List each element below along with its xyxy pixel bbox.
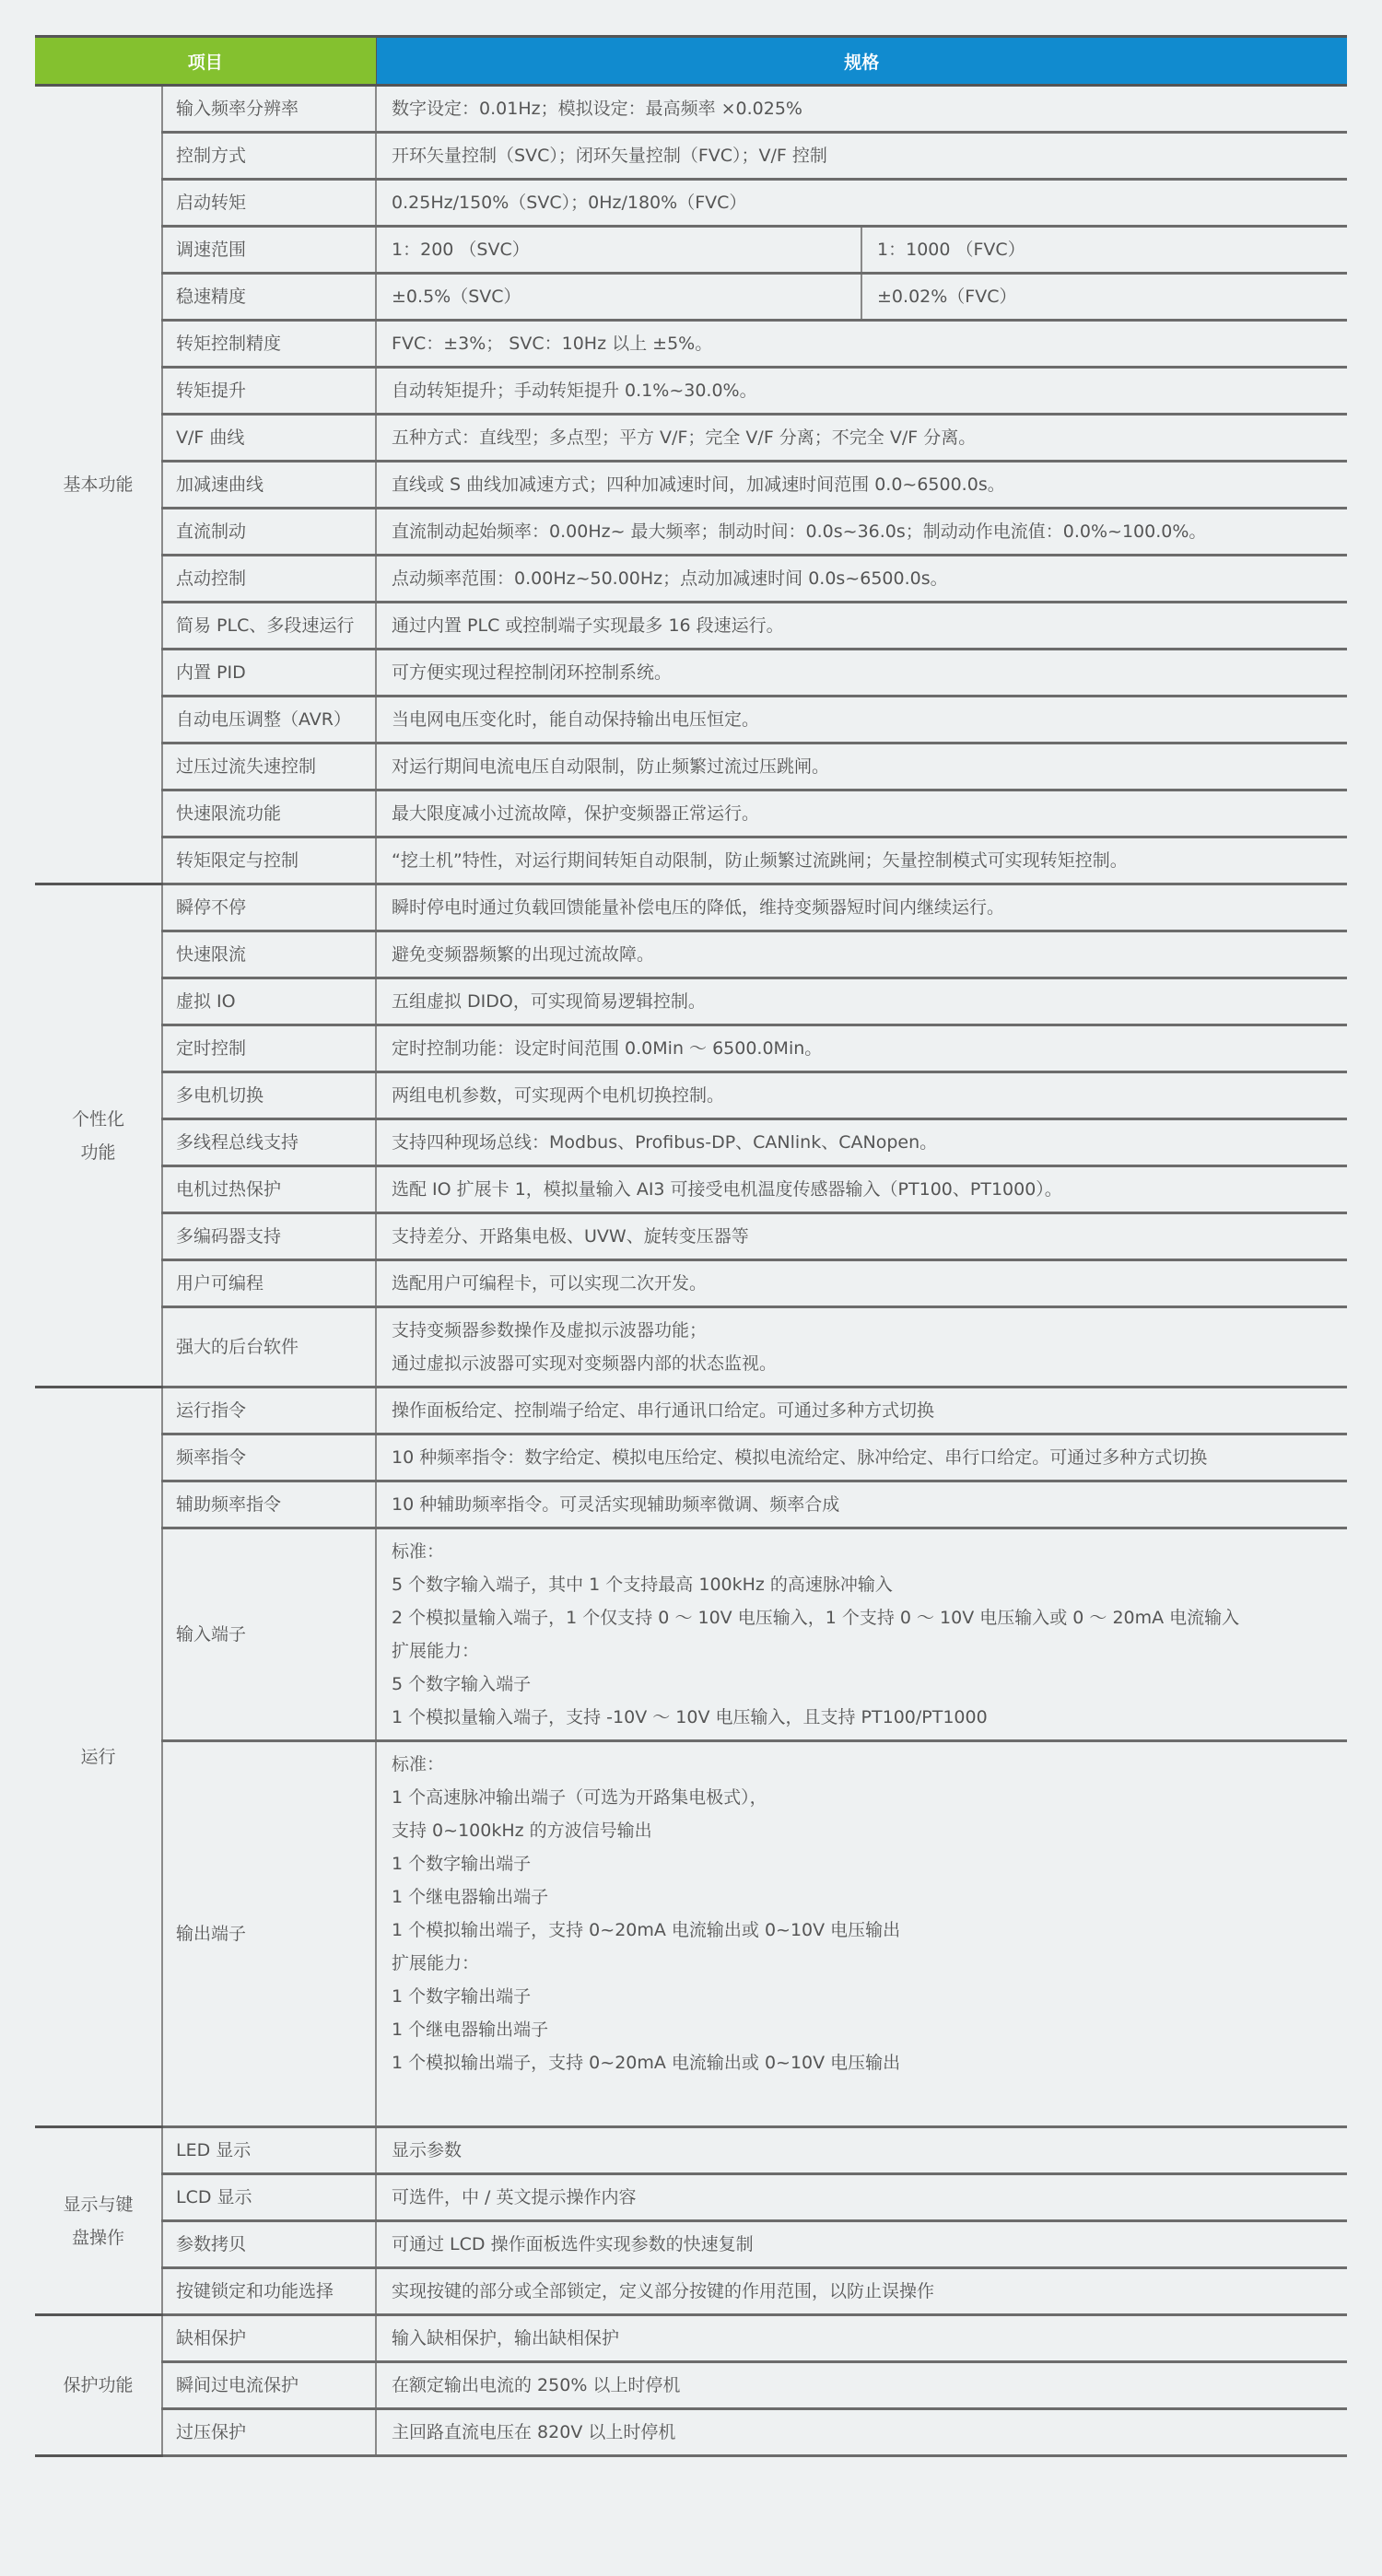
spec-value: 数字设定：0.01Hz；模拟设定：最高频率 ×0.025% — [376, 86, 1347, 133]
item-label: 转矩控制精度 — [162, 321, 376, 368]
item-label: 直流制动 — [162, 509, 376, 556]
spec-value: 当电网电压变化时，能自动保持输出电压恒定。 — [376, 697, 1347, 744]
spec-value: 显示参数 — [376, 2127, 1347, 2174]
item-label: 用户可编程 — [162, 1260, 376, 1307]
spec-line: 支持 0~100kHz 的方波信号输出 — [392, 1814, 1334, 1847]
spec-line: 扩展能力： — [392, 1947, 1334, 1980]
item-label: 内置 PID — [162, 650, 376, 697]
table-row: 基本功能 输入频率分辨率 数字设定：0.01Hz；模拟设定：最高频率 ×0.02… — [35, 86, 1347, 133]
table-row: 加减速曲线 直线或 S 曲线加减速方式；四种加减速时间，加减速时间范围 0.0~… — [35, 462, 1347, 509]
category-line: 功能 — [44, 1136, 152, 1169]
item-label: 辅助频率指令 — [162, 1481, 376, 1528]
spec-value: 操作面板给定、控制端子给定、串行通讯口给定。可通过多种方式切换 — [376, 1388, 1347, 1434]
spec-line: 1 个数字输出端子 — [392, 1847, 1334, 1880]
item-label: 过压过流失速控制 — [162, 744, 376, 790]
table-row: 转矩控制精度 FVC：±3%； SVC：10Hz 以上 ±5%。 — [35, 321, 1347, 368]
spec-value: 对运行期间电流电压自动限制，防止频繁过流过压跳闸。 — [376, 744, 1347, 790]
spec-table: 项目 规格 基本功能 输入频率分辨率 数字设定：0.01Hz；模拟设定：最高频率… — [35, 35, 1347, 2457]
item-label: 转矩提升 — [162, 368, 376, 415]
item-label: 定时控制 — [162, 1025, 376, 1072]
spec-value: 主回路直流电压在 820V 以上时停机 — [376, 2409, 1347, 2456]
spec-value-fvc: 1：1000 （FVC） — [861, 227, 1347, 274]
table-row: LCD 显示 可选件，中 / 英文提示操作内容 — [35, 2174, 1347, 2221]
item-label: 输入端子 — [162, 1528, 376, 1741]
spec-line: 标准： — [392, 1535, 1334, 1568]
spec-line: 5 个数字输入端子 — [392, 1668, 1334, 1701]
table-row: 转矩提升 自动转矩提升；手动转矩提升 0.1%~30.0%。 — [35, 368, 1347, 415]
table-row: 辅助频率指令 10 种辅助频率指令。可灵活实现辅助频率微调、频率合成 — [35, 1481, 1347, 1528]
table-row: 强大的后台软件 支持变频器参数操作及虚拟示波器功能； 通过虚拟示波器可实现对变频… — [35, 1307, 1347, 1388]
table-row: 稳速精度 ±0.5%（SVC） ±0.02%（FVC） — [35, 274, 1347, 321]
category-personalized: 个性化 功能 — [35, 884, 162, 1388]
table-row: 转矩限定与控制 “挖土机”特性，对运行期间转矩自动限制，防止频繁过流跳闸；矢量控… — [35, 837, 1347, 884]
spec-value: 直流制动起始频率：0.00Hz~ 最大频率；制动时间：0.0s~36.0s；制动… — [376, 509, 1347, 556]
spec-value: 0.25Hz/150%（SVC）；0Hz/180%（FVC） — [376, 180, 1347, 227]
item-label: 启动转矩 — [162, 180, 376, 227]
table-row: 输出端子 标准： 1 个高速脉冲输出端子（可选为开路集电极式）， 支持 0~10… — [35, 1741, 1347, 2127]
table-row: 显示与键 盘操作 LED 显示 显示参数 — [35, 2127, 1347, 2174]
table-row: 多编码器支持 支持差分、开路集电极、UVW、旋转变压器等 — [35, 1213, 1347, 1260]
spec-value: 开环矢量控制（SVC）；闭环矢量控制（FVC）；V/F 控制 — [376, 133, 1347, 180]
item-label: 瞬停不停 — [162, 884, 376, 931]
item-label: 调速范围 — [162, 227, 376, 274]
item-label: LED 显示 — [162, 2127, 376, 2174]
spec-value-svc: 1：200 （SVC） — [376, 227, 861, 274]
table-row: 控制方式 开环矢量控制（SVC）；闭环矢量控制（FVC）；V/F 控制 — [35, 133, 1347, 180]
table-row: 参数拷贝 可通过 LCD 操作面板选件实现参数的快速复制 — [35, 2221, 1347, 2268]
spec-value: 选配 IO 扩展卡 1，模拟量输入 AI3 可接受电机温度传感器输入（PT100… — [376, 1166, 1347, 1213]
table-row: 内置 PID 可方便实现过程控制闭环控制系统。 — [35, 650, 1347, 697]
table-row: 启动转矩 0.25Hz/150%（SVC）；0Hz/180%（FVC） — [35, 180, 1347, 227]
item-label: 频率指令 — [162, 1434, 376, 1481]
spec-value: 两组电机参数，可实现两个电机切换控制。 — [376, 1072, 1347, 1119]
item-label: LCD 显示 — [162, 2174, 376, 2221]
spec-value: 10 种频率指令：数字给定、模拟电压给定、模拟电流给定、脉冲给定、串行口给定。可… — [376, 1434, 1347, 1481]
item-label: 输入频率分辨率 — [162, 86, 376, 133]
table-row: 频率指令 10 种频率指令：数字给定、模拟电压给定、模拟电流给定、脉冲给定、串行… — [35, 1434, 1347, 1481]
item-label: 多编码器支持 — [162, 1213, 376, 1260]
spec-value: 通过内置 PLC 或控制端子实现最多 16 段速运行。 — [376, 603, 1347, 650]
table-row: 瞬间过电流保护 在额定输出电流的 250% 以上时停机 — [35, 2362, 1347, 2409]
table-row: 按键锁定和功能选择 实现按键的部分或全部锁定，定义部分按键的作用范围，以防止误操… — [35, 2268, 1347, 2315]
table-row: 运行 运行指令 操作面板给定、控制端子给定、串行通讯口给定。可通过多种方式切换 — [35, 1388, 1347, 1434]
table-row: 保护功能 缺相保护 输入缺相保护，输出缺相保护 — [35, 2315, 1347, 2362]
item-label: 控制方式 — [162, 133, 376, 180]
table-row: 快速限流 避免变频器频繁的出现过流故障。 — [35, 931, 1347, 978]
item-label: 强大的后台软件 — [162, 1307, 376, 1388]
spec-value: 可通过 LCD 操作面板选件实现参数的快速复制 — [376, 2221, 1347, 2268]
item-label: 自动电压调整（AVR） — [162, 697, 376, 744]
table-row: V/F 曲线 五种方式：直线型；多点型；平方 V/F；完全 V/F 分离；不完全… — [35, 415, 1347, 462]
spec-value: 标准： 1 个高速脉冲输出端子（可选为开路集电极式）， 支持 0~100kHz … — [376, 1741, 1347, 2127]
spec-line: 通过虚拟示波器可实现对变频器内部的状态监视。 — [392, 1347, 1334, 1380]
item-label: 运行指令 — [162, 1388, 376, 1434]
spec-line: 1 个模拟输出端子，支持 0~20mA 电流输出或 0~10V 电压输出 — [392, 1914, 1334, 1947]
spec-value: 定时控制功能：设定时间范围 0.0Min ～ 6500.0Min。 — [376, 1025, 1347, 1072]
spec-value: 直线或 S 曲线加减速方式；四种加减速时间，加减速时间范围 0.0~6500.0… — [376, 462, 1347, 509]
spec-value: 避免变频器频繁的出现过流故障。 — [376, 931, 1347, 978]
spec-value: 标准： 5 个数字输入端子，其中 1 个支持最高 100kHz 的高速脉冲输入 … — [376, 1528, 1347, 1741]
item-label: 过压保护 — [162, 2409, 376, 2456]
spec-line: 2 个模拟量输入端子，1 个仅支持 0 ～ 10V 电压输入，1 个支持 0 ～… — [392, 1601, 1334, 1634]
table-row: 调速范围 1：200 （SVC） 1：1000 （FVC） — [35, 227, 1347, 274]
spec-value: 支持四种现场总线：Modbus、Profibus-DP、CANlink、CANo… — [376, 1119, 1347, 1166]
table-row: 定时控制 定时控制功能：设定时间范围 0.0Min ～ 6500.0Min。 — [35, 1025, 1347, 1072]
spec-value: 瞬时停电时通过负载回馈能量补偿电压的降低，维持变频器短时间内继续运行。 — [376, 884, 1347, 931]
spec-line: 1 个继电器输出端子 — [392, 1880, 1334, 1914]
spec-line: 1 个继电器输出端子 — [392, 2013, 1334, 2046]
spec-value: 五组虚拟 DIDO，可实现简易逻辑控制。 — [376, 978, 1347, 1025]
spec-value: 实现按键的部分或全部锁定，定义部分按键的作用范围，以防止误操作 — [376, 2268, 1347, 2315]
table-row: 自动电压调整（AVR） 当电网电压变化时，能自动保持输出电压恒定。 — [35, 697, 1347, 744]
item-label: 点动控制 — [162, 556, 376, 603]
table-row: 个性化 功能 瞬停不停 瞬时停电时通过负载回馈能量补偿电压的降低，维持变频器短时… — [35, 884, 1347, 931]
item-label: 虚拟 IO — [162, 978, 376, 1025]
spec-line: 1 个高速脉冲输出端子（可选为开路集电极式）， — [392, 1781, 1334, 1814]
category-display-keyboard: 显示与键 盘操作 — [35, 2127, 162, 2315]
category-line: 个性化 — [44, 1103, 152, 1136]
spec-line: 1 个模拟输出端子，支持 0~20mA 电流输出或 0~10V 电压输出 — [392, 2046, 1334, 2079]
item-label: V/F 曲线 — [162, 415, 376, 462]
table-header: 项目 规格 — [35, 37, 1347, 86]
item-label: 多电机切换 — [162, 1072, 376, 1119]
spec-value: 点动频率范围：0.00Hz~50.00Hz；点动加减速时间 0.0s~6500.… — [376, 556, 1347, 603]
spec-value: FVC：±3%； SVC：10Hz 以上 ±5%。 — [376, 321, 1347, 368]
spec-value-fvc: ±0.02%（FVC） — [861, 274, 1347, 321]
table-row: 过压过流失速控制 对运行期间电流电压自动限制，防止频繁过流过压跳闸。 — [35, 744, 1347, 790]
item-label: 快速限流 — [162, 931, 376, 978]
spec-line: 1 个模拟量输入端子，支持 -10V ～ 10V 电压输入，且支持 PT100/… — [392, 1701, 1334, 1734]
spec-value: 五种方式：直线型；多点型；平方 V/F；完全 V/F 分离；不完全 V/F 分离… — [376, 415, 1347, 462]
table-row: 过压保护 主回路直流电压在 820V 以上时停机 — [35, 2409, 1347, 2456]
category-line: 盘操作 — [44, 2221, 152, 2254]
table-row: 简易 PLC、多段速运行 通过内置 PLC 或控制端子实现最多 16 段速运行。 — [35, 603, 1347, 650]
item-label: 电机过热保护 — [162, 1166, 376, 1213]
table-row: 快速限流功能 最大限度减小过流故障，保护变频器正常运行。 — [35, 790, 1347, 837]
spec-value: 可选件，中 / 英文提示操作内容 — [376, 2174, 1347, 2221]
table-row: 点动控制 点动频率范围：0.00Hz~50.00Hz；点动加减速时间 0.0s~… — [35, 556, 1347, 603]
item-label: 转矩限定与控制 — [162, 837, 376, 884]
table-row: 用户可编程 选配用户可编程卡，可以实现二次开发。 — [35, 1260, 1347, 1307]
item-label: 参数拷贝 — [162, 2221, 376, 2268]
category-protection: 保护功能 — [35, 2315, 162, 2456]
item-label: 瞬间过电流保护 — [162, 2362, 376, 2409]
table-row: 多电机切换 两组电机参数，可实现两个电机切换控制。 — [35, 1072, 1347, 1119]
spec-value: 10 种辅助频率指令。可灵活实现辅助频率微调、频率合成 — [376, 1481, 1347, 1528]
spec-value: 自动转矩提升；手动转矩提升 0.1%~30.0%。 — [376, 368, 1347, 415]
item-label: 稳速精度 — [162, 274, 376, 321]
header-item: 项目 — [35, 37, 376, 86]
item-label: 输出端子 — [162, 1741, 376, 2127]
spec-value: 输入缺相保护，输出缺相保护 — [376, 2315, 1347, 2362]
category-line: 显示与键 — [44, 2188, 152, 2221]
header-spec: 规格 — [376, 37, 1347, 86]
category-operation: 运行 — [35, 1388, 162, 2127]
spec-value: 在额定输出电流的 250% 以上时停机 — [376, 2362, 1347, 2409]
item-label: 快速限流功能 — [162, 790, 376, 837]
item-label: 加减速曲线 — [162, 462, 376, 509]
table-row: 虚拟 IO 五组虚拟 DIDO，可实现简易逻辑控制。 — [35, 978, 1347, 1025]
table-row: 电机过热保护 选配 IO 扩展卡 1，模拟量输入 AI3 可接受电机温度传感器输… — [35, 1166, 1347, 1213]
item-label: 缺相保护 — [162, 2315, 376, 2362]
table-row: 输入端子 标准： 5 个数字输入端子，其中 1 个支持最高 100kHz 的高速… — [35, 1528, 1347, 1741]
spec-value: 最大限度减小过流故障，保护变频器正常运行。 — [376, 790, 1347, 837]
spec-value: 支持差分、开路集电极、UVW、旋转变压器等 — [376, 1213, 1347, 1260]
spec-value-svc: ±0.5%（SVC） — [376, 274, 861, 321]
spec-line: 扩展能力： — [392, 1634, 1334, 1668]
category-basic: 基本功能 — [35, 86, 162, 884]
spec-value: 可方便实现过程控制闭环控制系统。 — [376, 650, 1347, 697]
spec-line: 5 个数字输入端子，其中 1 个支持最高 100kHz 的高速脉冲输入 — [392, 1568, 1334, 1601]
table-row: 直流制动 直流制动起始频率：0.00Hz~ 最大频率；制动时间：0.0s~36.… — [35, 509, 1347, 556]
spec-value: 选配用户可编程卡，可以实现二次开发。 — [376, 1260, 1347, 1307]
item-label: 简易 PLC、多段速运行 — [162, 603, 376, 650]
spec-value: “挖土机”特性，对运行期间转矩自动限制，防止频繁过流跳闸；矢量控制模式可实现转矩… — [376, 837, 1347, 884]
spec-line: 1 个数字输出端子 — [392, 1980, 1334, 2013]
table-row: 多线程总线支持 支持四种现场总线：Modbus、Profibus-DP、CANl… — [35, 1119, 1347, 1166]
spec-line: 支持变频器参数操作及虚拟示波器功能； — [392, 1314, 1334, 1347]
spec-line: 标准： — [392, 1748, 1334, 1781]
item-label: 多线程总线支持 — [162, 1119, 376, 1166]
spec-value: 支持变频器参数操作及虚拟示波器功能； 通过虚拟示波器可实现对变频器内部的状态监视… — [376, 1307, 1347, 1388]
item-label: 按键锁定和功能选择 — [162, 2268, 376, 2315]
